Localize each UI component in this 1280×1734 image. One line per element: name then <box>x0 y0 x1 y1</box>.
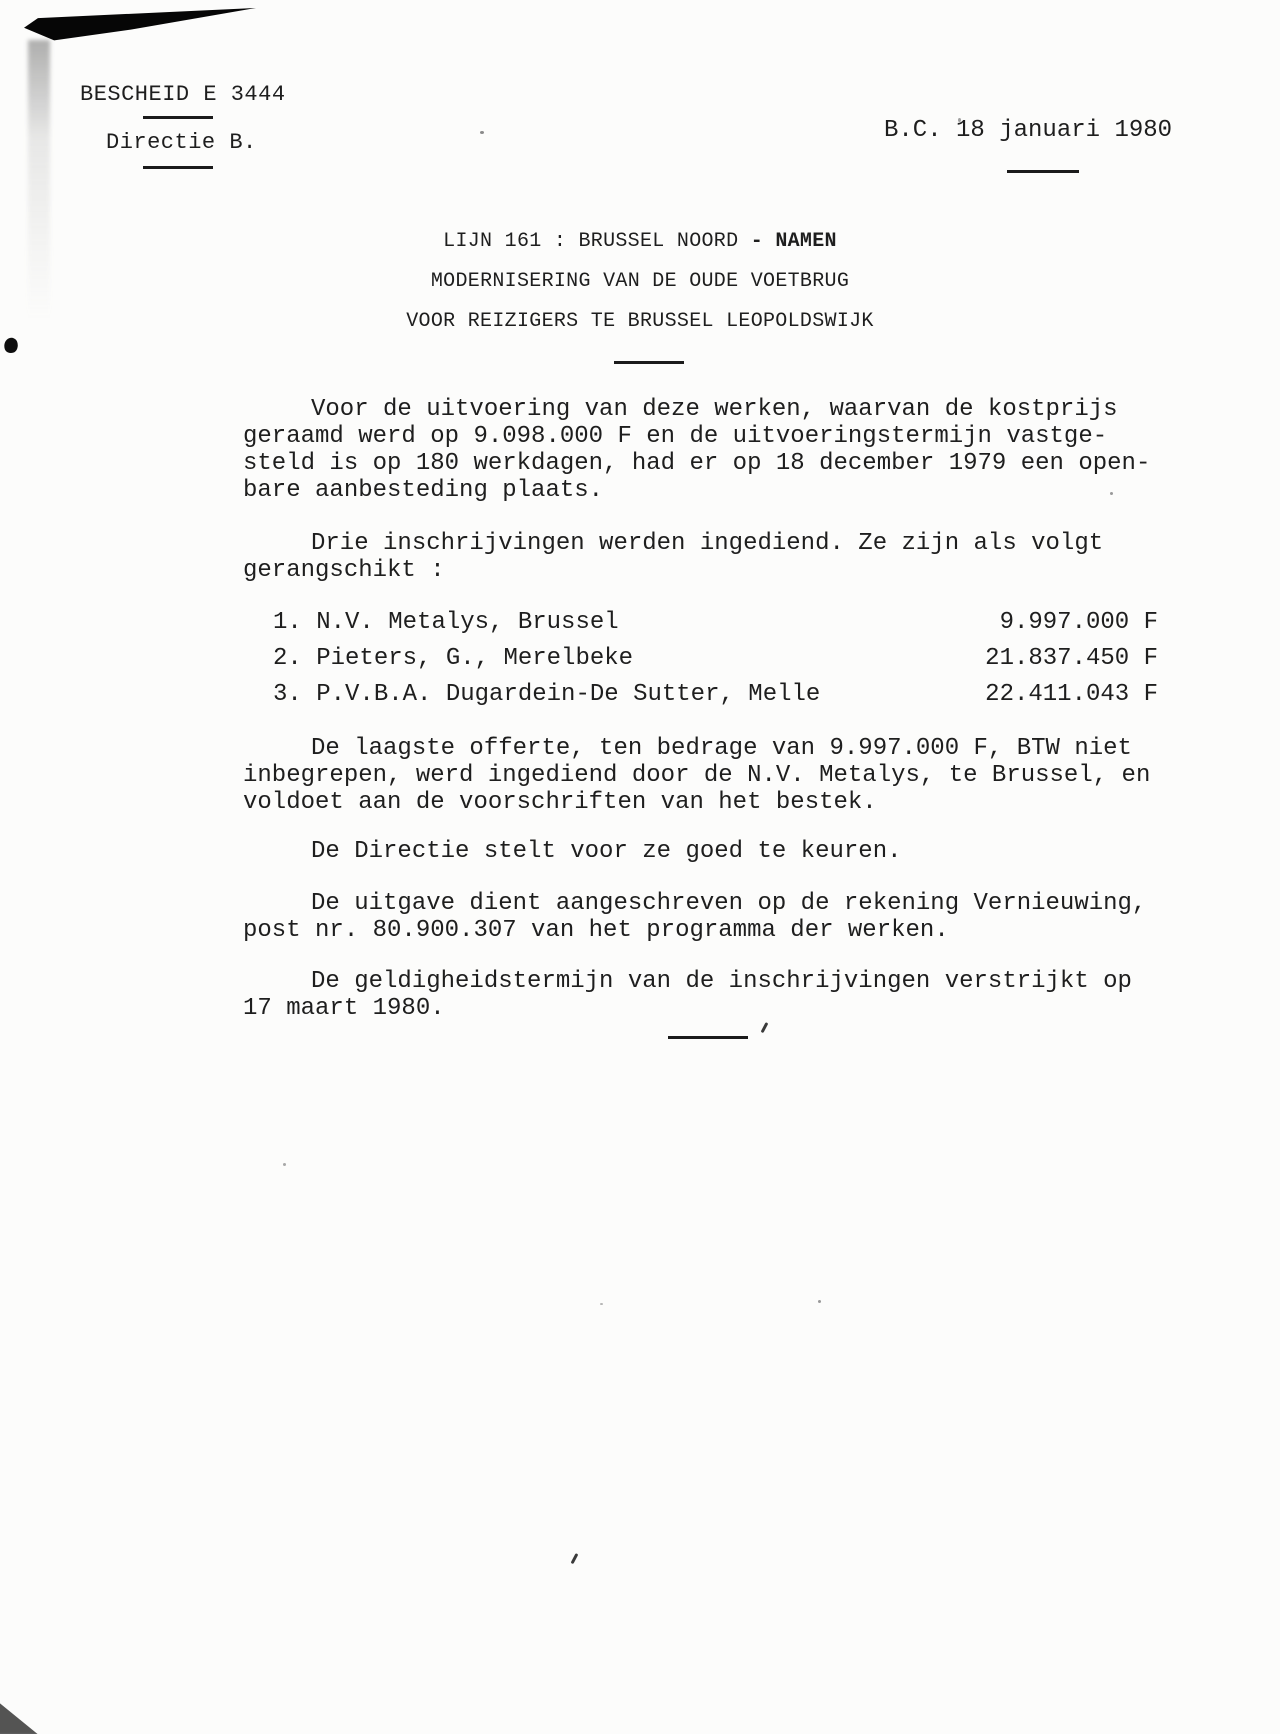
bid-name-2: 2. Pieters, G., Merelbeke <box>273 645 633 672</box>
reference-underline <box>143 116 213 119</box>
document-page: BESCHEID E 3444 Directie B. B.C. 18 janu… <box>0 0 1280 1734</box>
title-line-1-emphasis: - NAMEN <box>751 230 837 253</box>
bid-name-3: 3. P.V.B.A. Dugardein-De Sutter, Melle <box>273 681 820 708</box>
bid-amount-3: 22.411.043 F <box>985 681 1158 708</box>
paragraph-bids-intro: Drie inschrijvingen werden ingediend. Ze… <box>243 530 1158 584</box>
title-line-1: LIJN 161 : BRUSSEL NOORD - NAMEN <box>0 222 1280 262</box>
date-line: B.C. 18 januari 1980 <box>884 117 1172 144</box>
title-rule <box>614 361 684 364</box>
document-reference: BESCHEID E 3444 <box>80 82 286 107</box>
title-line-1-prefix: LIJN 161 : BRUSSEL NOORD <box>443 230 751 253</box>
title-line-2: MODERNISERING VAN DE OUDE VOETBRUG <box>0 262 1280 302</box>
bid-rank-3: 3. <box>273 681 302 708</box>
closing-rule <box>668 1036 748 1039</box>
bid-row-2: 2. Pieters, G., Merelbeke 21.837.450 F <box>243 645 1158 672</box>
department-underline <box>143 166 213 169</box>
scan-tick-mark <box>761 1022 768 1033</box>
date-underline <box>1007 170 1079 173</box>
bid-amount-2: 21.837.450 F <box>985 645 1158 672</box>
department-label: Directie B. <box>106 130 257 155</box>
scan-speckle <box>818 1300 821 1303</box>
scan-speckle <box>600 1303 603 1305</box>
bid-row-1: 1. N.V. Metalys, Brussel 9.997.000 F <box>243 609 1158 636</box>
paragraph-approval: De Directie stelt voor ze goed te keuren… <box>243 838 1158 865</box>
bid-row-3: 3. P.V.B.A. Dugardein-De Sutter, Melle 2… <box>243 681 1158 708</box>
paragraph-lowest-offer: De laagste offerte, ten bedrage van 9.99… <box>243 735 1158 816</box>
paragraph-expense-account: De uitgave dient aangeschreven op de rek… <box>243 890 1158 944</box>
bid-amount-1: 9.997.000 F <box>1000 609 1158 636</box>
scan-artifact-corner-top <box>24 8 256 44</box>
scan-artifact-corner-bottom <box>0 1690 40 1734</box>
bid-name-1: 1. N.V. Metalys, Brussel <box>273 609 619 636</box>
paragraph-validity: De geldigheidstermijn van de inschrijvin… <box>243 968 1158 1022</box>
bid-rank-1: 1. <box>273 609 302 636</box>
paragraph-cost-estimate: Voor de uitvoering van deze werken, waar… <box>243 396 1158 504</box>
scan-speckle <box>283 1163 286 1166</box>
bids-list: 1. N.V. Metalys, Brussel 9.997.000 F 2. … <box>243 609 1158 708</box>
scan-speckle <box>480 131 484 134</box>
document-body: Voor de uitvoering van deze werken, waar… <box>243 396 1158 1022</box>
title-line-3: VOOR REIZIGERS TE BRUSSEL LEOPOLDSWIJK <box>0 302 1280 342</box>
scan-tick-mark <box>571 1553 578 1564</box>
bid-rank-2: 2. <box>273 645 302 672</box>
document-title: LIJN 161 : BRUSSEL NOORD - NAMEN MODERNI… <box>0 222 1280 342</box>
